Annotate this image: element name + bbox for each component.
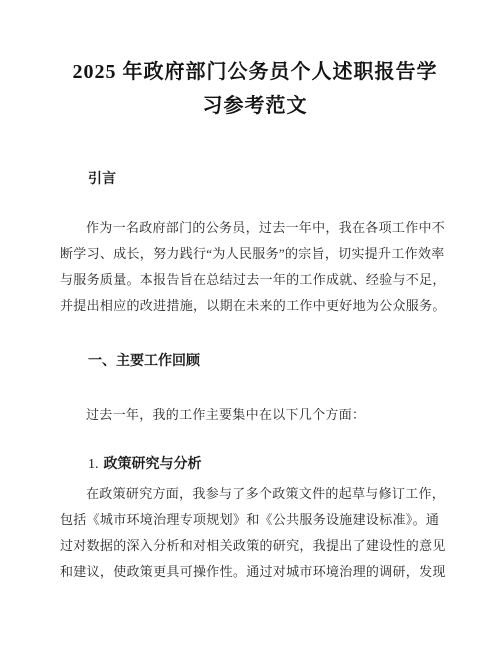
title-line-2: 习参考范文: [60, 89, 450, 123]
text-line: 包括《城市环境治理专项规划》和《公共服务设施建设标准》。通: [60, 507, 450, 533]
document-title: 2025 年政府部门公务员个人述职报告学 习参考范文: [60, 55, 450, 123]
text-line: 在政策研究方面，我参与了多个政策文件的起草与修订工作，: [60, 481, 450, 507]
paragraph-introduction: 作为一名政府部门的公务员，过去一年中，我在各项工作中不 断学习、成长，努力践行“…: [60, 215, 450, 319]
section-heading-main-work-review: 一、主要工作回顾: [60, 349, 450, 375]
text-line: 过对数据的深入分析和对相关政策的研究，我提出了建设性的意见: [60, 533, 450, 559]
text-line: 作为一名政府部门的公务员，过去一年中，我在各项工作中不: [60, 215, 450, 241]
document-content: 2025 年政府部门公务员个人述职报告学 习参考范文 引言 作为一名政府部门的公…: [0, 0, 500, 585]
paragraph-section1-lead: 过去一年，我的工作主要集中在以下几个方面：: [60, 402, 450, 428]
subsection-title-text: 政策研究与分析: [104, 457, 202, 472]
section-heading-introduction: 引言: [60, 167, 450, 193]
title-line-1: 2025 年政府部门公务员个人述职报告学: [60, 55, 450, 89]
text-line: 和建议，使政策更具可操作性。通过对城市环境治理的调研，发现: [60, 559, 450, 585]
subsection-heading-policy-research: 1.政策研究与分析: [60, 452, 450, 478]
subsection-number: 1.: [88, 457, 99, 472]
text-line: 过去一年，我的工作主要集中在以下几个方面：: [60, 402, 450, 428]
paragraph-policy-research: 在政策研究方面，我参与了多个政策文件的起草与修订工作， 包括《城市环境治理专项规…: [60, 481, 450, 585]
text-line: 并提出相应的改进措施，以期在未来的工作中更好地为公众服务。: [60, 293, 450, 319]
text-line: 断学习、成长，努力践行“为人民服务”的宗旨，切实提升工作效率: [60, 241, 450, 267]
document-page: 2025 年政府部门公务员个人述职报告学 习参考范文 引言 作为一名政府部门的公…: [0, 0, 500, 647]
text-line: 与服务质量。本报告旨在总结过去一年的工作成就、经验与不足，: [60, 267, 450, 293]
